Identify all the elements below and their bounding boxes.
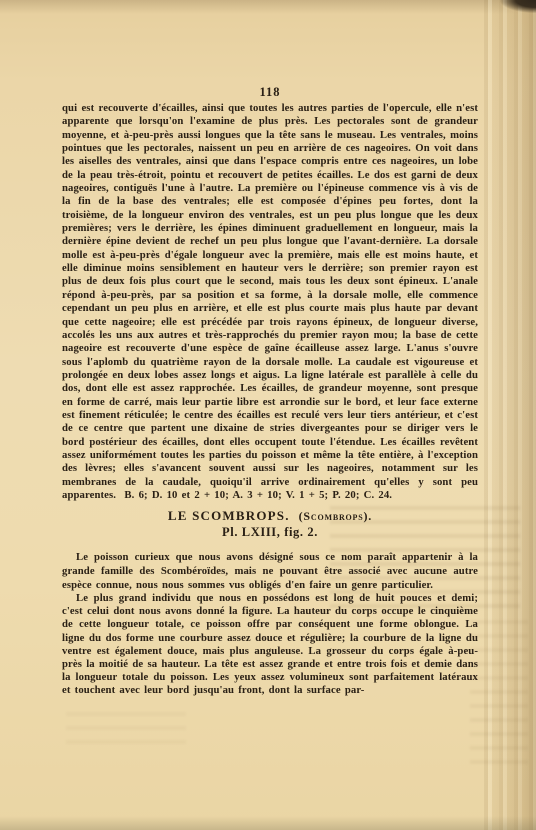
species-genus: (Scombrops). [299,509,373,523]
page-corner-shadow [500,0,536,13]
species-title: LE SCOMBROPS. [168,508,290,523]
scanned-book-page: 118 qui est recouverte d'écailles, ainsi… [0,0,536,830]
ink-bleedthrough [470,620,528,770]
ink-bleedthrough [66,712,186,752]
measurements-paragraph: Le plus grand individu que nous en possé… [62,592,478,704]
description-paragraph: qui est recouverte d'écailles, ainsi que… [62,102,478,504]
paragraph-text: qui est recouverte d'écailles, ainsi que… [62,102,478,501]
page-top-shadow [0,0,536,14]
fin-ray-formula: B. 6; D. 10 et 2 + 10; A. 3 + 10; V. 1 +… [124,489,392,501]
species-heading: LE SCOMBROPS. (Scombrops). [62,508,478,524]
page-bottom-shadow [0,816,536,830]
intro-paragraph: Le poisson curieux que nous avons désign… [62,550,478,595]
plate-reference: Pl. LXIII, fig. 2. [62,525,478,540]
page-number: 118 [62,85,478,100]
